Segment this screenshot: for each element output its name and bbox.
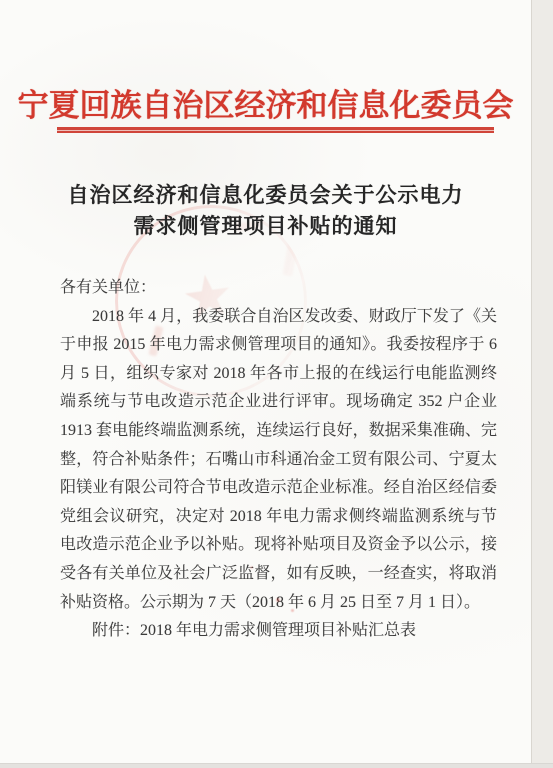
document-title-line1: 自治区经济和信息化委员会关于公示电力: [68, 183, 464, 207]
letterhead-double-rule: [57, 127, 494, 133]
document-body: 各有关单位： 2018 年 4 月，我委联合自治区发改委、财政厅下发了《关于申报…: [60, 274, 497, 646]
seal-ink-speck: [250, 566, 253, 569]
attachment-line: 附件：2018 年电力需求侧管理项目补贴汇总表: [60, 617, 497, 646]
letterhead-org-name: 宁夏回族自治区经济和信息化委员会: [0, 80, 531, 125]
salutation: 各有关单位：: [60, 274, 497, 303]
scan-edge-right: [531, 0, 553, 768]
scan-edge-bottom: [0, 763, 553, 768]
scanned-document-page: 宁夏回族自治区经济和信息化委员会 ★ 自治区经济和信息化委员会关于公示电力 需求…: [0, 0, 553, 768]
rule-bottom-line: [57, 131, 494, 133]
document-title: 自治区经济和信息化委员会关于公示电力 需求侧管理项目补贴的通知: [0, 180, 531, 242]
body-paragraph: 2018 年 4 月，我委联合自治区发改委、财政厅下发了《关于申报 2015 年…: [60, 303, 497, 618]
seal-ink-speck: [291, 609, 294, 612]
seal-ink-speck: [276, 598, 280, 602]
document-title-line2: 需求侧管理项目补贴的通知: [134, 214, 398, 238]
